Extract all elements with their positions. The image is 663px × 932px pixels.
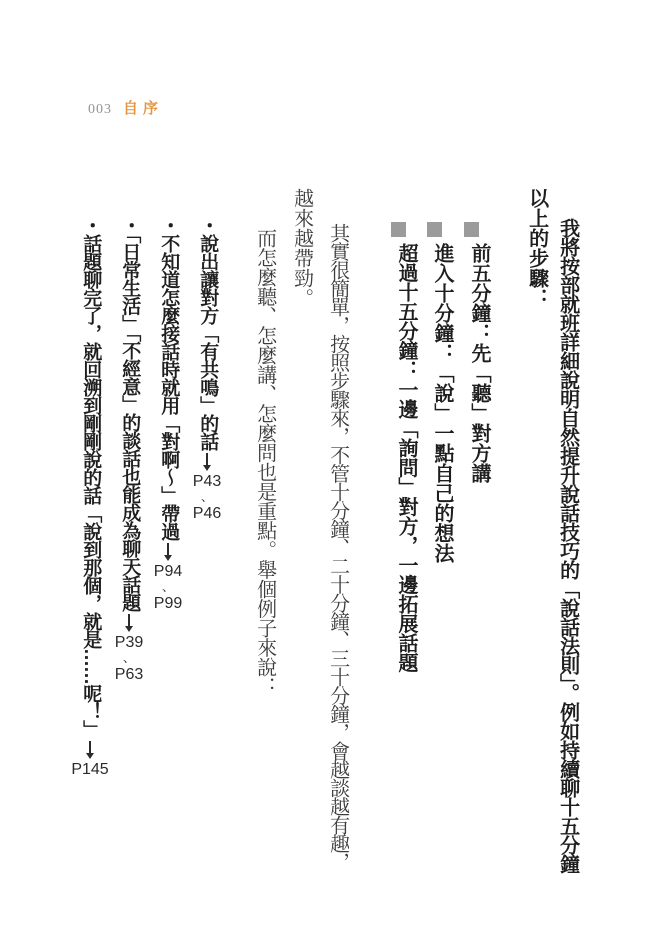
page-ref: P94 <box>154 563 182 581</box>
step-item-3: ■超過十五分鐘：一邊「詢問」對方，一邊拓展話題 <box>391 222 417 672</box>
page-ref: P99 <box>154 595 182 613</box>
step-item-1: ■前五分鐘：先「聽」對方講 <box>464 222 490 483</box>
body-paragraph-line-1: 其實很簡單，按照步驟來，不管十分鐘、二十分鐘、三十分鐘，會越談越有趣， <box>325 223 349 871</box>
tip-item-3: ・「日常生活」「不經意」的談話也能成為聊天話題 P39 、 P63 <box>113 216 145 684</box>
page-ref: P145 <box>71 761 108 779</box>
tip-item-4-text: ・話題聊完了，就回溯到剛剛說的話「說到那個，就是……呢！」 <box>79 216 101 738</box>
book-page: 003 自序 我將按部就班詳細說明自然提升說話技巧的「說話法則」。例如持續聊十五… <box>0 0 663 932</box>
page-ref-separator: 、 <box>201 491 213 504</box>
step-square-icon: ■ <box>391 222 406 237</box>
page-refs: P145 <box>71 761 108 779</box>
page-number: 003 <box>88 102 112 118</box>
section-title: 自序 <box>123 97 163 118</box>
tip-item-2-text: ・不知道怎麼接話時就用「對啊～」帶過 <box>157 216 179 540</box>
step-square-icon: ■ <box>427 222 442 237</box>
down-arrow-icon <box>86 741 94 759</box>
body-paragraph-line-3: 而怎麼聽、怎麼講、怎麼問也是重點。舉個例子來說： <box>252 228 276 696</box>
page-refs: P39 、 P63 <box>115 634 143 684</box>
page-refs: P43 、 P46 <box>193 473 221 523</box>
page-ref: P43 <box>193 473 221 491</box>
down-arrow-icon <box>203 453 211 471</box>
tip-item-2: ・不知道怎麼接話時就用「對啊～」帶過 P94 、 P99 <box>152 216 184 613</box>
step-item-2-text: 進入十分鐘：「說」一點自己的想法 <box>431 243 453 563</box>
page-refs: P94 、 P99 <box>154 563 182 613</box>
tip-item-3-text: ・「日常生活」「不經意」的談話也能成為聊天話題 <box>118 216 140 611</box>
tip-item-1-text: ・說出讓對方「有共鳴」的話 <box>196 216 218 450</box>
down-arrow-icon <box>125 614 133 632</box>
running-head: 003 自序 <box>88 97 163 118</box>
step-item-3-text: 超過十五分鐘：一邊「詢問」對方，一邊拓展話題 <box>395 243 417 672</box>
tip-item-1: ・說出讓對方「有共鳴」的話 P43 、 P46 <box>191 216 223 523</box>
step-square-icon: ■ <box>464 222 479 237</box>
page-ref: P63 <box>115 666 143 684</box>
step-item-1-text: 前五分鐘：先「聽」對方講 <box>468 243 490 483</box>
tip-item-4: ・話題聊完了，就回溯到剛剛說的話「說到那個，就是……呢！」 P145 <box>74 216 106 779</box>
intro-paragraph-line-1: 我將按部就班詳細說明自然提升說話技巧的「說話法則」。例如持續聊十五分鐘 <box>555 218 579 873</box>
page-ref-separator: 、 <box>123 652 135 665</box>
body-paragraph-line-2: 越來越帶勁。 <box>289 188 313 308</box>
step-item-2: ■進入十分鐘：「說」一點自己的想法 <box>427 222 453 563</box>
intro-paragraph-line-2: 以上的步驟： <box>524 188 548 308</box>
down-arrow-icon <box>164 543 172 561</box>
page-ref: P46 <box>193 505 221 523</box>
page-ref: P39 <box>115 634 143 652</box>
page-ref-separator: 、 <box>162 581 174 594</box>
